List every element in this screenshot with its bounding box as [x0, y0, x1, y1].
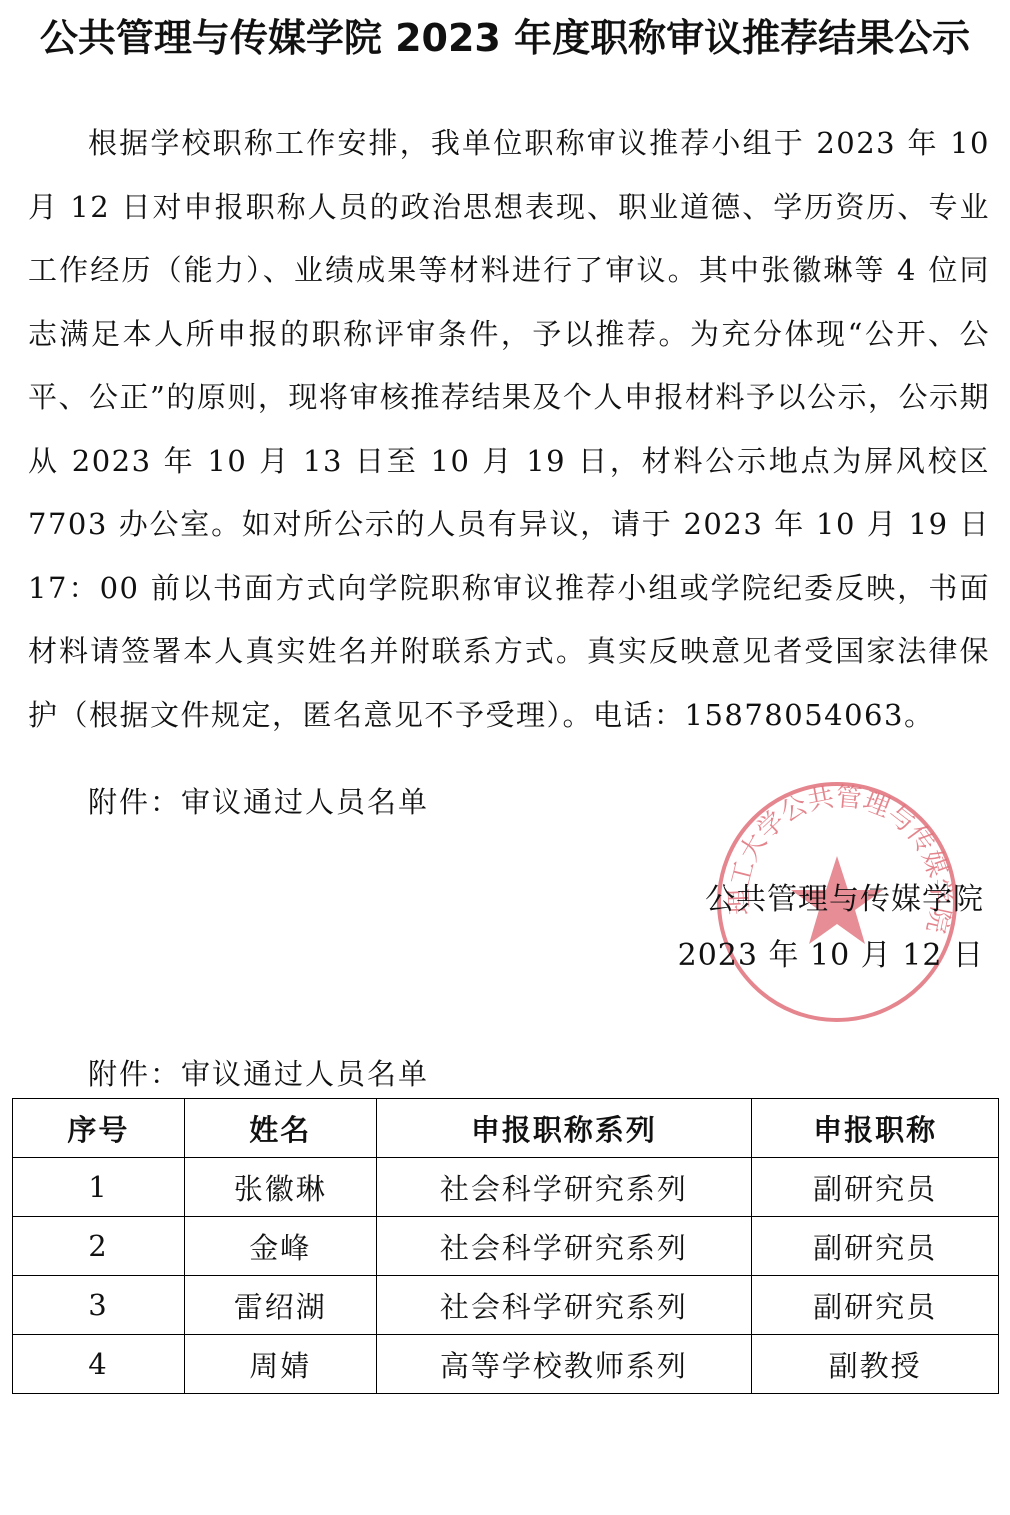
table-header-row: 序号 姓名 申报职称系列 申报职称: [13, 1099, 999, 1158]
cell-title: 副研究员: [752, 1217, 999, 1276]
signature-org: 公共管理与传媒学院: [678, 872, 984, 928]
table-row: 2 金峰 社会科学研究系列 副研究员: [13, 1217, 999, 1276]
cell-index: 3: [13, 1276, 185, 1335]
cell-series: 社会科学研究系列: [376, 1158, 752, 1217]
cell-title: 副研究员: [752, 1158, 999, 1217]
cell-name: 雷绍湖: [184, 1276, 376, 1335]
document-title: 公共管理与传媒学院 2023 年度职称审议推荐结果公示: [0, 10, 1010, 66]
table-row: 4 周婧 高等学校教师系列 副教授: [13, 1335, 999, 1394]
cell-index: 4: [13, 1335, 185, 1394]
cell-title: 副教授: [752, 1335, 999, 1394]
header-title: 申报职称: [752, 1099, 999, 1158]
cell-index: 1: [13, 1158, 185, 1217]
cell-index: 2: [13, 1217, 185, 1276]
header-series: 申报职称系列: [376, 1099, 752, 1158]
signature-block: 公共管理与传媒学院 2023 年 10 月 12 日: [678, 872, 984, 984]
cell-name: 金峰: [184, 1217, 376, 1276]
signature-date: 2023 年 10 月 12 日: [678, 928, 984, 984]
cell-name: 周婧: [184, 1335, 376, 1394]
cell-name: 张徽琳: [184, 1158, 376, 1217]
cell-title: 副研究员: [752, 1276, 999, 1335]
approved-personnel-table: 序号 姓名 申报职称系列 申报职称 1 张徽琳 社会科学研究系列 副研究员 2 …: [12, 1098, 999, 1394]
table-row: 1 张徽琳 社会科学研究系列 副研究员: [13, 1158, 999, 1217]
appendix-caption: 附件：审议通过人员名单: [88, 1052, 429, 1093]
attachment-note: 附件：审议通过人员名单: [88, 780, 429, 821]
cell-series: 社会科学研究系列: [376, 1276, 752, 1335]
cell-series: 社会科学研究系列: [376, 1217, 752, 1276]
cell-series: 高等学校教师系列: [376, 1335, 752, 1394]
table-row: 3 雷绍湖 社会科学研究系列 副研究员: [13, 1276, 999, 1335]
notice-paragraph: 根据学校职称工作安排，我单位职称审议推荐小组于 2023 年 10 月 12 日…: [28, 112, 990, 747]
header-name: 姓名: [184, 1099, 376, 1158]
notice-body: 根据学校职称工作安排，我单位职称审议推荐小组于 2023 年 10 月 12 日…: [28, 112, 990, 747]
header-index: 序号: [13, 1099, 185, 1158]
